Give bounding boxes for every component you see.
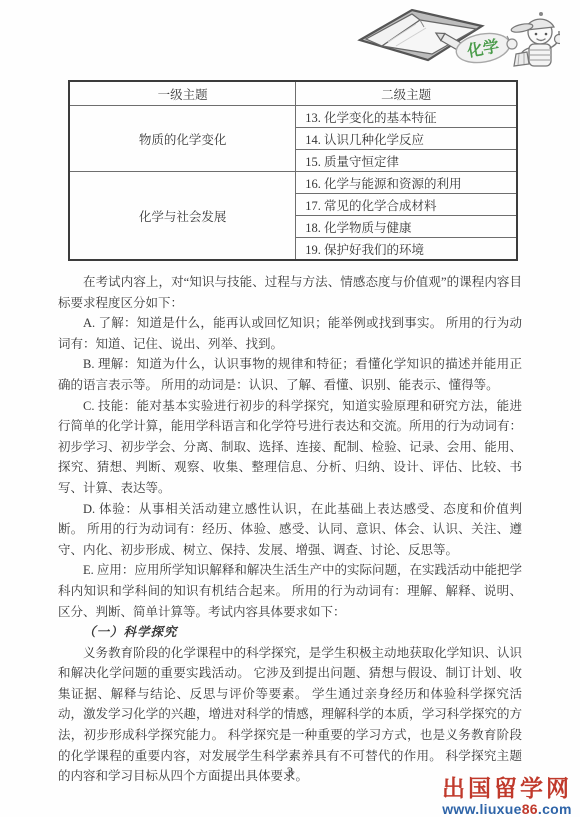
header-art-svg: 化学 (356, 2, 560, 70)
body-paragraph-item-b: B. 理解：知道为什么，认识事物的规律和特征；看懂化学知识的描述并能用正确的语言… (58, 354, 522, 395)
col-header-secondary-topic: 二级主题 (296, 81, 517, 106)
secondary-topic-cell: 18. 化学物质与健康 (296, 216, 517, 238)
section-heading: （一）科学探究 (58, 622, 522, 643)
site-url-suffix: .com (538, 801, 572, 817)
site-url-prefix: www.liuxue (442, 801, 522, 817)
secondary-topic-cell: 19. 保护好我们的环境 (296, 238, 517, 261)
body-paragraph-intro: 在考试内容上，对“知识与技能、过程与方法、情感态度与价值观”的课程内容目标要求程… (58, 272, 522, 313)
secondary-topic-cell: 17. 常见的化学合成材料 (296, 194, 517, 216)
topics-table: 一级主题 二级主题 物质的化学变化 13. 化学变化的基本特征 14. 认识几种… (68, 80, 518, 261)
site-watermark: 出国留学网 www.liuxue86.com (442, 777, 572, 816)
site-url: www.liuxue86.com (442, 802, 572, 816)
primary-topic-cell: 化学与社会发展 (69, 172, 296, 261)
hand-icon (507, 36, 517, 49)
col-header-primary-topic: 一级主题 (69, 81, 296, 106)
secondary-topic-cell: 14. 认识几种化学反应 (296, 128, 517, 150)
body-paragraph-item-e: E. 应用：应用所学知识解释和解决生活生产中的实际问题，在实践活动中能把学科内知… (58, 560, 522, 622)
header-decoration: 化学 (356, 2, 560, 70)
table-row: 物质的化学变化 13. 化学变化的基本特征 (69, 106, 517, 128)
site-url-highlight: 86 (522, 801, 538, 817)
body-paragraph-item-d: D. 体验：从事相关活动建立感性认识，在此基础上表达感受、态度和价值判断。 所用… (58, 499, 522, 561)
site-name: 出国留学网 (442, 777, 572, 800)
primary-topic-cell: 物质的化学变化 (69, 106, 296, 172)
secondary-topic-cell: 13. 化学变化的基本特征 (296, 106, 517, 128)
body-paragraph-item-a: A. 了解：知道是什么，能再认或回忆知识；能举例或找到事实。 所用的行为动词有：… (58, 313, 522, 354)
body-text: 在考试内容上，对“知识与技能、过程与方法、情感态度与价值观”的课程内容目标要求程… (58, 272, 522, 787)
secondary-topic-cell: 15. 质量守恒定律 (296, 150, 517, 172)
body-paragraph-item-c: C. 技能：能对基本实验进行初步的科学探究，知道实验原理和研究方法，能进行简单的… (58, 396, 522, 499)
document-page: 化学 (0, 0, 580, 817)
secondary-topic-cell: 16. 化学与能源和资源的利用 (296, 172, 517, 194)
student-mascot-icon (510, 12, 560, 66)
table-row: 化学与社会发展 16. 化学与能源和资源的利用 (69, 172, 517, 194)
